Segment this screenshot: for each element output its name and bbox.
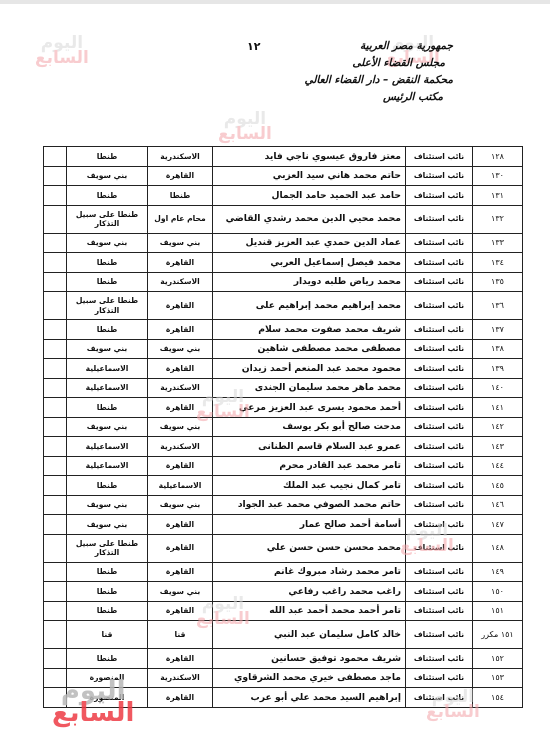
current-court-cell: القاهرة	[148, 515, 213, 535]
name-cell: حاتم محمد هاني سيد العزبي	[213, 166, 406, 186]
watermark-bottom: السابع	[218, 127, 272, 142]
current-court-cell: الاسكندرية	[148, 668, 213, 688]
table-row: ١٣٣نائب استئنافعماد الدين حمدي عبد العزي…	[44, 233, 523, 253]
rank-cell: نائب استئناف	[406, 233, 473, 253]
name-cell: مصطفى محمد مصطفى شاهين	[213, 339, 406, 359]
new-court-cell: طنطا	[67, 398, 148, 418]
name-cell: أحمد محمود يسرى عبد العزيز مرعي	[213, 398, 406, 418]
row-number-cell: ١٢٨	[473, 147, 523, 167]
watermark-top: اليوم	[35, 36, 89, 51]
name-cell: محمد إبراهيم محمد إبراهيم على	[213, 292, 406, 320]
new-court-cell: قنا	[67, 621, 148, 649]
rank-cell: نائب استئناف	[406, 437, 473, 457]
table-row: ١٣٤نائب استئنافمحمد فيصل إسماعيل العربيا…	[44, 253, 523, 273]
name-cell: ماجد مصطفى خيري محمد الشرقاوي	[213, 668, 406, 688]
row-number-cell: ١٣٥	[473, 272, 523, 292]
name-cell: معتز فاروق عيسوي ناجي فايد	[213, 147, 406, 167]
table-row: ١٣٥نائب استئنافمحمد رياض طلبه دويدارالاس…	[44, 272, 523, 292]
name-cell: عماد الدين حمدي عبد العزيز قنديل	[213, 233, 406, 253]
table-row: ١٤٨نائب استئنافمحمد محسن حسن حسن عليالقا…	[44, 534, 523, 562]
current-court-cell: محام عام اول	[148, 205, 213, 233]
row-number-cell: ١٣٢	[473, 205, 523, 233]
current-court-cell: القاهرة	[148, 166, 213, 186]
row-number-cell: ١٥٤	[473, 688, 523, 708]
row-number-cell: ١٣٦	[473, 292, 523, 320]
new-court-cell: الاسماعيلية	[67, 456, 148, 476]
table-row: ١٢٨نائب استئنافمعتز فاروق عيسوي ناجي فاي…	[44, 147, 523, 167]
rank-cell: نائب استئناف	[406, 359, 473, 379]
new-court-cell: المنصورة	[67, 668, 148, 688]
letterhead-court: محكمة النقض – دار القضاء العالي	[253, 72, 453, 89]
name-cell: عمرو عبد السلام قاسم الطنانى	[213, 437, 406, 457]
table-row: ١٤١نائب استئنافأحمد محمود يسرى عبد العزي…	[44, 398, 523, 418]
table-row: ١٤٧نائب استئنافأسامة أحمد صالح عمارالقاه…	[44, 515, 523, 535]
table-row: ١٣٧نائب استئنافشريف محمد صفوت محمد سلاما…	[44, 320, 523, 340]
name-cell: تامر محمد عبد القادر محرم	[213, 456, 406, 476]
table-row: ١٣٨نائب استئنافمصطفى محمد مصطفى شاهينبني…	[44, 339, 523, 359]
notes-cell	[44, 534, 67, 562]
row-number-cell: ١٥١	[473, 601, 523, 621]
letterhead: جمهورية مصر العربية مجلس القضاء الأعلى م…	[253, 38, 453, 106]
row-number-cell: ١٣٠	[473, 166, 523, 186]
judges-table: ١٢٨نائب استئنافمعتز فاروق عيسوي ناجي فاي…	[43, 146, 523, 708]
notes-cell	[44, 688, 67, 708]
rank-cell: نائب استئناف	[406, 147, 473, 167]
new-court-cell: طنطا	[67, 320, 148, 340]
table-row: ١٤٤نائب استئنافتامر محمد عبد القادر محرم…	[44, 456, 523, 476]
rank-cell: نائب استئناف	[406, 649, 473, 669]
notes-cell	[44, 320, 67, 340]
notes-cell	[44, 668, 67, 688]
name-cell: شريف محمد صفوت محمد سلام	[213, 320, 406, 340]
notes-cell	[44, 456, 67, 476]
notes-cell	[44, 621, 67, 649]
name-cell: تامر كمال نجيب عبد الملك	[213, 476, 406, 496]
notes-cell	[44, 378, 67, 398]
name-cell: محمد ماهر محمد سليمان الجندى	[213, 378, 406, 398]
watermark-logo: اليوم السابع	[35, 36, 89, 66]
notes-cell	[44, 233, 67, 253]
name-cell: راغب محمد راغب رفاعي	[213, 582, 406, 602]
rank-cell: نائب استئناف	[406, 476, 473, 496]
notes-cell	[44, 582, 67, 602]
current-court-cell: القاهرة	[148, 562, 213, 582]
current-court-cell: طنطا	[148, 186, 213, 206]
row-number-cell: ١٥١ مكرر	[473, 621, 523, 649]
row-number-cell: ١٤٢	[473, 417, 523, 437]
row-number-cell: ١٤٨	[473, 534, 523, 562]
new-court-cell: طنطا على سبيل التذكار	[67, 205, 148, 233]
rank-cell: نائب استئناف	[406, 292, 473, 320]
rank-cell: نائب استئناف	[406, 398, 473, 418]
notes-cell	[44, 437, 67, 457]
rank-cell: نائب استئناف	[406, 562, 473, 582]
table-row: ١٤٩نائب استئنافتامر محمد رشاد مبروك غانم…	[44, 562, 523, 582]
new-court-cell: الاسماعيلية	[67, 437, 148, 457]
name-cell: حاتم محمد الصوفي محمد عبد الجواد	[213, 495, 406, 515]
current-court-cell: الاسكندرية	[148, 437, 213, 457]
current-court-cell: القاهرة	[148, 398, 213, 418]
name-cell: محمد فيصل إسماعيل العربي	[213, 253, 406, 273]
notes-cell	[44, 601, 67, 621]
row-number-cell: ١٤٠	[473, 378, 523, 398]
letterhead-council: مجلس القضاء الأعلى	[253, 55, 453, 72]
row-number-cell: ١٤٤	[473, 456, 523, 476]
new-court-cell: طنطا	[67, 272, 148, 292]
current-court-cell: القاهرة	[148, 601, 213, 621]
name-cell: حامد عبد الحميد حامد الجمال	[213, 186, 406, 206]
notes-cell	[44, 205, 67, 233]
table-row: ١٣٦نائب استئنافمحمد إبراهيم محمد إبراهيم…	[44, 292, 523, 320]
new-court-cell: طنطا	[67, 601, 148, 621]
current-court-cell: القاهرة	[148, 456, 213, 476]
new-court-cell: طنطا	[67, 476, 148, 496]
current-court-cell: بني سويف	[148, 233, 213, 253]
rank-cell: نائب استئناف	[406, 688, 473, 708]
table-row: ١٥٤نائب استئنافإبراهيم السيد محمد علي أب…	[44, 688, 523, 708]
current-court-cell: القاهرة	[148, 253, 213, 273]
notes-cell	[44, 272, 67, 292]
table-row: ١٣١نائب استئنافحامد عبد الحميد حامد الجم…	[44, 186, 523, 206]
table-row: ١٤٥نائب استئنافتامر كمال نجيب عبد الملكا…	[44, 476, 523, 496]
new-court-cell: طنطا على سبيل التذكار	[67, 534, 148, 562]
watermark-logo: اليوم السابع	[218, 112, 272, 142]
row-number-cell: ١٤١	[473, 398, 523, 418]
new-court-cell: بني سويف	[67, 233, 148, 253]
rank-cell: نائب استئناف	[406, 186, 473, 206]
rank-cell: نائب استئناف	[406, 621, 473, 649]
table-row: ١٥٣نائب استئنافماجد مصطفى خيري محمد الشر…	[44, 668, 523, 688]
rank-cell: نائب استئناف	[406, 534, 473, 562]
row-number-cell: ١٤٣	[473, 437, 523, 457]
new-court-cell: طنطا	[67, 649, 148, 669]
current-court-cell: القاهرة	[148, 688, 213, 708]
row-number-cell: ١٥٢	[473, 649, 523, 669]
notes-cell	[44, 253, 67, 273]
current-court-cell: القاهرة	[148, 534, 213, 562]
table-row: ١٥٠نائب استئنافراغب محمد راغب رفاعيبني س…	[44, 582, 523, 602]
row-number-cell: ١٤٧	[473, 515, 523, 535]
name-cell: خالد كامل سليمان عبد النبي	[213, 621, 406, 649]
rank-cell: نائب استئناف	[406, 166, 473, 186]
current-court-cell: القاهرة	[148, 359, 213, 379]
row-number-cell: ١٣٤	[473, 253, 523, 273]
table-row: ١٣٠نائب استئنافحاتم محمد هاني سيد العزبي…	[44, 166, 523, 186]
table-row: ١٤٣نائب استئنافعمرو عبد السلام قاسم الطن…	[44, 437, 523, 457]
current-court-cell: الاسكندرية	[148, 272, 213, 292]
new-court-cell: طنطا	[67, 582, 148, 602]
rank-cell: نائب استئناف	[406, 320, 473, 340]
rank-cell: نائب استئناف	[406, 515, 473, 535]
row-number-cell: ١٤٥	[473, 476, 523, 496]
new-court-cell: بني سويف	[67, 515, 148, 535]
current-court-cell: الاسكندرية	[148, 147, 213, 167]
new-court-cell: بني سويف	[67, 166, 148, 186]
new-court-cell: الاسماعيلية	[67, 359, 148, 379]
table-row: ١٥١ مكررنائب استئنافخالد كامل سليمان عبد…	[44, 621, 523, 649]
table-row: ١٤٠نائب استئنافمحمد ماهر محمد سليمان الج…	[44, 378, 523, 398]
table-row: ١٥٢نائب استئنافشريف محمود توفيق حسانينال…	[44, 649, 523, 669]
new-court-cell: الاسماعيلية	[67, 378, 148, 398]
current-court-cell: بني سويف	[148, 582, 213, 602]
row-number-cell: ١٥٣	[473, 668, 523, 688]
rank-cell: نائب استئناف	[406, 456, 473, 476]
letterhead-country: جمهورية مصر العربية	[253, 38, 453, 55]
table-row: ١٤٢نائب استئنافمدحت صالح أبو بكر يوسفبني…	[44, 417, 523, 437]
notes-cell	[44, 476, 67, 496]
table-row: ١٤٦نائب استئنافحاتم محمد الصوفي محمد عبد…	[44, 495, 523, 515]
name-cell: محمد رياض طلبه دويدار	[213, 272, 406, 292]
top-border	[0, 0, 550, 4]
name-cell: إبراهيم السيد محمد علي أبو عرب	[213, 688, 406, 708]
notes-cell	[44, 417, 67, 437]
row-number-cell: ١٥٠	[473, 582, 523, 602]
name-cell: تامر أحمد محمد أحمد عبد الله	[213, 601, 406, 621]
current-court-cell: قنا	[148, 621, 213, 649]
notes-cell	[44, 495, 67, 515]
current-court-cell: الاسماعيلية	[148, 476, 213, 496]
current-court-cell: بني سويف	[148, 417, 213, 437]
notes-cell	[44, 186, 67, 206]
notes-cell	[44, 649, 67, 669]
row-number-cell: ١٣٣	[473, 233, 523, 253]
current-court-cell: القاهرة	[148, 292, 213, 320]
rank-cell: نائب استئناف	[406, 339, 473, 359]
notes-cell	[44, 147, 67, 167]
rank-cell: نائب استئناف	[406, 582, 473, 602]
watermark-bottom: السابع	[35, 51, 89, 66]
new-court-cell: طنطا على سبيل التذكار	[67, 292, 148, 320]
rank-cell: نائب استئناف	[406, 668, 473, 688]
notes-cell	[44, 562, 67, 582]
name-cell: أسامة أحمد صالح عمار	[213, 515, 406, 535]
new-court-cell: طنطا	[67, 253, 148, 273]
new-court-cell: المنصورة	[67, 688, 148, 708]
table-body: ١٢٨نائب استئنافمعتز فاروق عيسوي ناجي فاي…	[44, 147, 523, 708]
row-number-cell: ١٣١	[473, 186, 523, 206]
notes-cell	[44, 339, 67, 359]
current-court-cell: القاهرة	[148, 320, 213, 340]
notes-cell	[44, 359, 67, 379]
row-number-cell: ١٣٩	[473, 359, 523, 379]
current-court-cell: بني سويف	[148, 495, 213, 515]
table-row: ١٣٢نائب استئنافمحمد محيي الدين محمد رشدي…	[44, 205, 523, 233]
letterhead-office: مكتب الرئيس	[253, 89, 453, 106]
new-court-cell: بني سويف	[67, 417, 148, 437]
rank-cell: نائب استئناف	[406, 601, 473, 621]
current-court-cell: القاهرة	[148, 649, 213, 669]
rank-cell: نائب استئناف	[406, 272, 473, 292]
name-cell: مدحت صالح أبو بكر يوسف	[213, 417, 406, 437]
notes-cell	[44, 515, 67, 535]
rank-cell: نائب استئناف	[406, 253, 473, 273]
new-court-cell: بني سويف	[67, 495, 148, 515]
new-court-cell: طنطا	[67, 186, 148, 206]
table-row: ١٥١نائب استئنافتامر أحمد محمد أحمد عبد ا…	[44, 601, 523, 621]
name-cell: محمد محسن حسن حسن علي	[213, 534, 406, 562]
new-court-cell: طنطا	[67, 147, 148, 167]
current-court-cell: بني سويف	[148, 339, 213, 359]
row-number-cell: ١٣٨	[473, 339, 523, 359]
new-court-cell: بني سويف	[67, 339, 148, 359]
name-cell: شريف محمود توفيق حسانين	[213, 649, 406, 669]
row-number-cell: ١٤٦	[473, 495, 523, 515]
rank-cell: نائب استئناف	[406, 205, 473, 233]
name-cell: محمود محمد عبد المنعم أحمد زيدان	[213, 359, 406, 379]
notes-cell	[44, 166, 67, 186]
rank-cell: نائب استئناف	[406, 495, 473, 515]
notes-cell	[44, 398, 67, 418]
name-cell: تامر محمد رشاد مبروك غانم	[213, 562, 406, 582]
table-row: ١٣٩نائب استئنافمحمود محمد عبد المنعم أحم…	[44, 359, 523, 379]
rank-cell: نائب استئناف	[406, 417, 473, 437]
new-court-cell: طنطا	[67, 562, 148, 582]
row-number-cell: ١٣٧	[473, 320, 523, 340]
current-court-cell: الاسكندرية	[148, 378, 213, 398]
row-number-cell: ١٤٩	[473, 562, 523, 582]
rank-cell: نائب استئناف	[406, 378, 473, 398]
notes-cell	[44, 292, 67, 320]
name-cell: محمد محيي الدين محمد رشدي القاضي	[213, 205, 406, 233]
watermark-top: اليوم	[218, 112, 272, 127]
